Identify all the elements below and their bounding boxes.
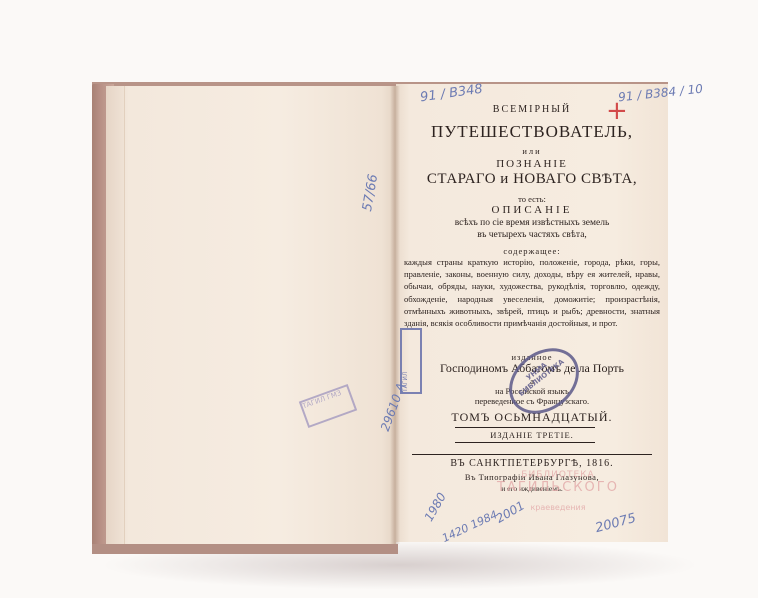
imprint-line-1: ВЪ САНКТПЕТЕРБУРГѢ, 1816. (396, 458, 668, 469)
title-line-poznanie: ПОЗНАНІЕ (396, 158, 668, 170)
book-cover-bottom-edge (92, 544, 398, 554)
left-blank-page (106, 86, 396, 544)
title-line-to-est: то есть: (396, 194, 668, 204)
title-line-8: всѣхъ по сіе время извѣстныхъ земель (396, 218, 668, 228)
red-stamp-line-1: БИБЛИОТЕКА (488, 470, 628, 480)
rule-top (455, 427, 595, 428)
rule-bottom (455, 442, 595, 443)
title-line-or: или (396, 146, 668, 156)
left-page-edge (106, 86, 125, 544)
contents-paragraph: каждыя страны краткую исторію, положеніе… (404, 256, 660, 329)
edition-line: ИЗДАНІЕ ТРЕТІЕ. (396, 430, 668, 440)
title-line-9: въ четырехъ частяхъ свѣта, (396, 230, 668, 240)
title-line-soderzhashchee: содержащее: (396, 246, 668, 256)
title-subtitle: СТАРАГО и НОВАГО СВѢТА, (396, 171, 668, 188)
title-line-opisanie: ОПИСАНІЕ (396, 204, 668, 216)
red-stamp-line-2: ТАГИЛЬСКОГО (488, 480, 628, 495)
rule-imprint (412, 454, 652, 455)
